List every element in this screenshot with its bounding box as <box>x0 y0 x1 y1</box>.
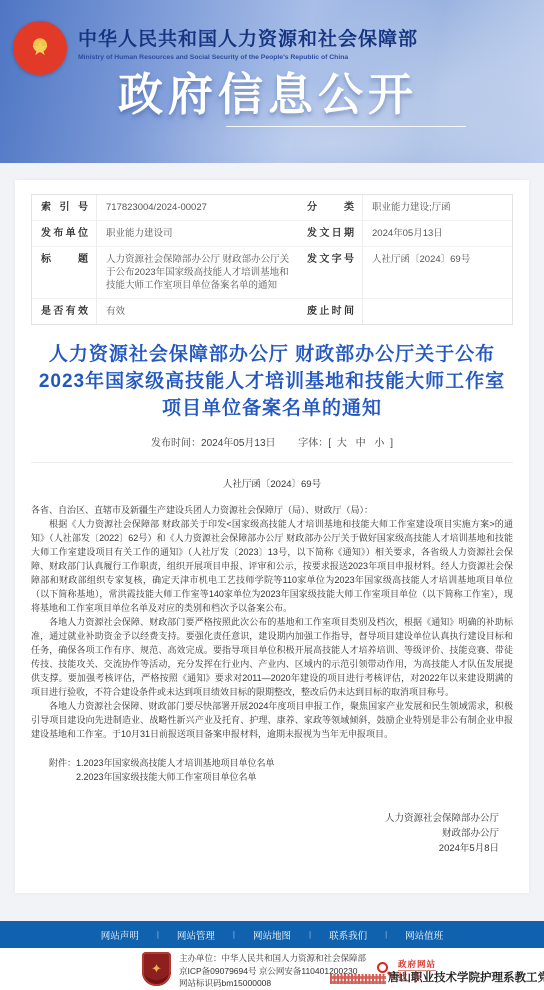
meta-label-title: 标题 <box>32 247 96 299</box>
font-size-control: 字体：[ 大 中 小 ] <box>298 438 393 449</box>
footer-link-site-duty[interactable]: 网站值班 <box>405 928 443 942</box>
meta-label-validity: 是否有效 <box>32 299 96 324</box>
document-body: 各省、自治区、直辖市及新疆生产建设兵团人力资源社会保障厅（局）、财政厅（局）： … <box>31 503 513 856</box>
document-number: 人社厅函〔2024〕69号 <box>31 476 513 490</box>
publish-time: 发布时间：2024年05月13日 <box>151 438 276 449</box>
font-size-bracket: ] <box>390 438 393 449</box>
meta-value-validity: 有效 <box>96 299 298 324</box>
font-size-medium-button[interactable]: 中 <box>356 438 366 449</box>
watermark-text: 唐山职业技术学院护理系教工党支部 <box>388 969 544 985</box>
attachment-line-1: 附件：1.2023年国家级高技能人才培训基地项目单位名单 <box>31 756 513 770</box>
meta-value-index: 717823004/2024-00027 <box>96 195 298 221</box>
banner-underline <box>226 126 466 127</box>
meta-label-repeal-time: 废止时间 <box>298 299 362 324</box>
footer-link-site-map[interactable]: 网站地图 <box>253 928 291 942</box>
meta-value-title: 人力资源社会保障部办公厅 财政部办公厅关于公布2023年国家级高技能人才培训基地… <box>96 247 298 299</box>
font-size-label: 字体：[ <box>298 438 331 449</box>
footer-link-site-management[interactable]: 网站管理 <box>177 928 215 942</box>
meta-value-repeal-time <box>362 299 512 324</box>
meta-value-publisher: 职业能力建设司 <box>96 221 298 247</box>
site-banner: ★ 中华人民共和国人力资源和社会保障部 Ministry of Human Re… <box>0 0 544 163</box>
content-card: 索引号 717823004/2024-00027 分类 职业能力建设;厅函 发布… <box>15 180 529 893</box>
meta-label-index: 索引号 <box>32 195 96 221</box>
paragraph-2: 各地人力资源社会保障、财政部门要严格按照此次公布的基地和工作室项目类别及档次，根… <box>31 615 513 699</box>
meta-value-issue-date: 2024年05月13日 <box>362 221 512 247</box>
publish-time-value: 2024年05月13日 <box>201 438 276 449</box>
document-meta-table: 索引号 717823004/2024-00027 分类 职业能力建设;厅函 发布… <box>31 194 513 325</box>
meta-label-category: 分类 <box>298 195 362 221</box>
gov-shield-icon: ✦ <box>142 952 171 986</box>
content-divider <box>31 462 513 463</box>
meta-label-issue-date: 发文日期 <box>298 221 362 247</box>
signature-org-1: 人力资源社会保障部办公厅 <box>31 811 499 826</box>
meta-label-publisher: 发布单位 <box>32 221 96 247</box>
banner-title: 政府信息公开 <box>118 58 418 123</box>
footer-nav-separator: | <box>385 930 387 939</box>
footer-nav-separator: | <box>233 930 235 939</box>
meta-value-category: 职业能力建设;厅函 <box>362 195 512 221</box>
paragraph-3: 各地人力资源社会保障、财政部门要尽快部署开展2024年度项目申报工作，聚焦国家产… <box>31 699 513 741</box>
footer-nav-bar: 网站声明 | 网站管理 | 网站地图 | 联系我们 | 网站值班 <box>0 921 544 948</box>
footer-link-contact-us[interactable]: 联系我们 <box>329 928 367 942</box>
attachment-list: 附件：1.2023年国家级高技能人才培训基地项目单位名单 2.2023年国家级技… <box>31 756 513 784</box>
paragraph-salutation: 各省、自治区、直辖市及新疆生产建设兵团人力资源社会保障厅（局）、财政厅（局）： <box>31 503 513 517</box>
ministry-name-cn: 中华人民共和国人力资源和社会保障部 <box>78 24 418 51</box>
national-emblem-icon: ★ <box>13 21 67 75</box>
page: { "header": { "ministry_cn": "中华人民共和国人力资… <box>0 0 544 990</box>
page-title: 人力资源社会保障部办公厅 财政部办公厅关于公布2023年国家级高技能人才培训基地… <box>33 341 511 422</box>
footer-link-site-statement[interactable]: 网站声明 <box>101 928 139 942</box>
meta-label-doc-symbol: 发文字号 <box>298 247 362 299</box>
publish-info-row: 发布时间：2024年05月13日 字体：[ 大 中 小 ] <box>31 434 513 449</box>
signature-block: 人力资源社会保障部办公厅 财政部办公厅 2024年5月8日 <box>31 811 513 856</box>
signature-org-2: 财政部办公厅 <box>31 826 499 841</box>
paragraph-1: 根据《人力资源社会保障部 财政部关于印发<国家级高技能人才培训基地和技能大师工作… <box>31 517 513 615</box>
publish-time-label: 发布时间： <box>151 438 201 449</box>
footer-host-org: 主办单位：中华人民共和国人力资源和社会保障部 <box>179 952 366 965</box>
meta-value-doc-symbol: 人社厅函〔2024〕69号 <box>362 247 512 299</box>
ministry-lockup: 中华人民共和国人力资源和社会保障部 Ministry of Human Reso… <box>78 24 418 61</box>
signature-date: 2024年5月8日 <box>31 841 499 856</box>
footer-nav-separator: | <box>309 930 311 939</box>
font-size-small-button[interactable]: 小 <box>374 438 384 449</box>
font-size-large-button[interactable]: 大 <box>337 438 347 449</box>
attachment-line-2: 2.2023年国家级技能大师工作室项目单位名单 <box>31 770 513 784</box>
watermark-red-seal <box>330 974 386 984</box>
badge-line-1: 政府网站 <box>398 959 436 969</box>
footer-nav-separator: | <box>157 930 159 939</box>
